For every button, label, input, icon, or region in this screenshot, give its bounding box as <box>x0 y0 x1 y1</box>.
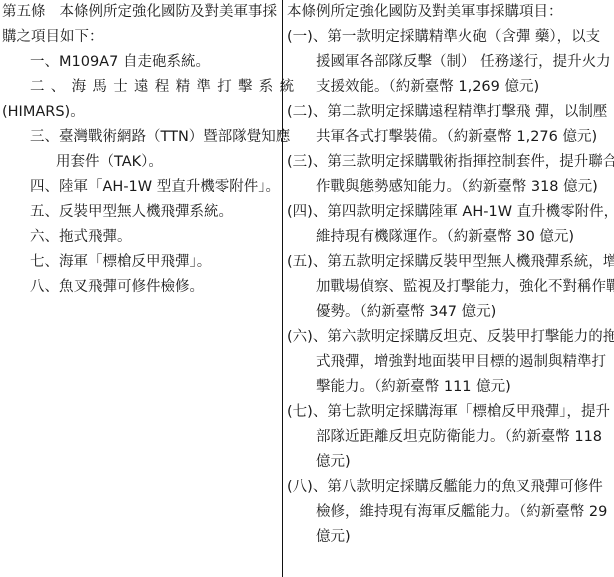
column-divider <box>282 0 283 577</box>
left-item-7: 七、海軍「標槍反甲飛彈」。 <box>0 250 280 275</box>
article-header-line-1: 第五條本條例所定強化國防及對美軍事採 <box>0 0 280 25</box>
article-header-text: 本條例所定強化國防及對美軍事採 <box>60 4 278 20</box>
right-item-8-cont-1: 檢修，維持現有海軍反艦能力。（約新臺幣 29 <box>287 500 612 525</box>
left-item-4: 四、陸軍「AH-1W 型直升機零附件」。 <box>0 175 280 200</box>
left-item-5: 五、反裝甲型無人機飛彈系統。 <box>0 200 280 225</box>
right-item-1: (一)、第一款明定採購精準火砲（含彈 藥），以支 <box>287 25 612 50</box>
right-item-1-cont-1: 援國軍各部隊反擊（制） 任務遂行，提升火力 <box>287 50 612 75</box>
right-item-4: (四)、第四款明定採購陸軍 AH-1W 直升機零附件， <box>287 200 612 225</box>
left-item-3: 三、臺灣戰術網路（TTN）暨部隊覺知應 <box>0 125 280 150</box>
article-label: 第五條 <box>2 4 46 20</box>
left-item-2-cont: (HIMARS)。 <box>0 100 280 125</box>
left-item-1: 一、M109A7 自走砲系統。 <box>0 50 280 75</box>
right-item-5: (五)、第五款明定採購反裝甲型無人機飛彈系統，增 <box>287 250 612 275</box>
right-item-8-cont-2: 億元) <box>287 525 612 550</box>
right-item-5-cont-2: 優勢。（約新臺幣 347 億元) <box>287 300 612 325</box>
right-item-6-cont-1: 式飛彈，增強對地面裝甲目標的遏制與精準打 <box>287 350 612 375</box>
left-item-8: 八、魚叉飛彈可修件檢修。 <box>0 275 280 300</box>
right-item-7: (七)、第七款明定採購海軍「標槍反甲飛彈」，提升 <box>287 400 612 425</box>
right-item-4-cont-1: 維持現有機隊運作。（約新臺幣 30 億元) <box>287 225 612 250</box>
right-item-3-cont-1: 作戰與態勢感知能力。（約新臺幣 318 億元) <box>287 175 612 200</box>
right-item-1-cont-2: 支援效能。（約新臺幣 1,269 億元) <box>287 75 612 100</box>
explanation-header: 本條例所定強化國防及對美軍事採購項目： <box>287 0 612 25</box>
left-item-2: 二、海馬士遠程精準打擊系統 <box>0 75 280 100</box>
right-item-6-cont-2: 擊能力。（約新臺幣 111 億元) <box>287 375 612 400</box>
article-header-line-2: 購之項目如下： <box>0 25 280 50</box>
right-item-7-cont-1: 部隊近距離反坦克防衛能力。（約新臺幣 118 <box>287 425 612 450</box>
left-item-3-cont: 用套件（TAK）。 <box>0 150 280 175</box>
right-item-3: (三)、第三款明定採購戰術指揮控制套件，提升聯合 <box>287 150 612 175</box>
left-item-6: 六、拖式飛彈。 <box>0 225 280 250</box>
right-item-7-cont-2: 億元) <box>287 450 612 475</box>
left-column-law-text: 第五條本條例所定強化國防及對美軍事採 購之項目如下： 一、M109A7 自走砲系… <box>0 0 280 300</box>
right-item-2-cont-1: 共軍各式打擊裝備。（約新臺幣 1,276 億元) <box>287 125 612 150</box>
right-item-6: (六)、第六款明定採購反坦克、反裝甲打擊能力的拖 <box>287 325 612 350</box>
right-item-2: (二)、第二款明定採購遠程精準打擊飛 彈，以制壓 <box>287 100 612 125</box>
right-column-explanation: 本條例所定強化國防及對美軍事採購項目： (一)、第一款明定採購精準火砲（含彈 藥… <box>287 0 612 550</box>
right-item-8: (八)、第八款明定採購反艦能力的魚叉飛彈可修件 <box>287 475 612 500</box>
right-item-5-cont-1: 加戰場偵察、監視及打擊能力，強化不對稱作戰 <box>287 275 612 300</box>
